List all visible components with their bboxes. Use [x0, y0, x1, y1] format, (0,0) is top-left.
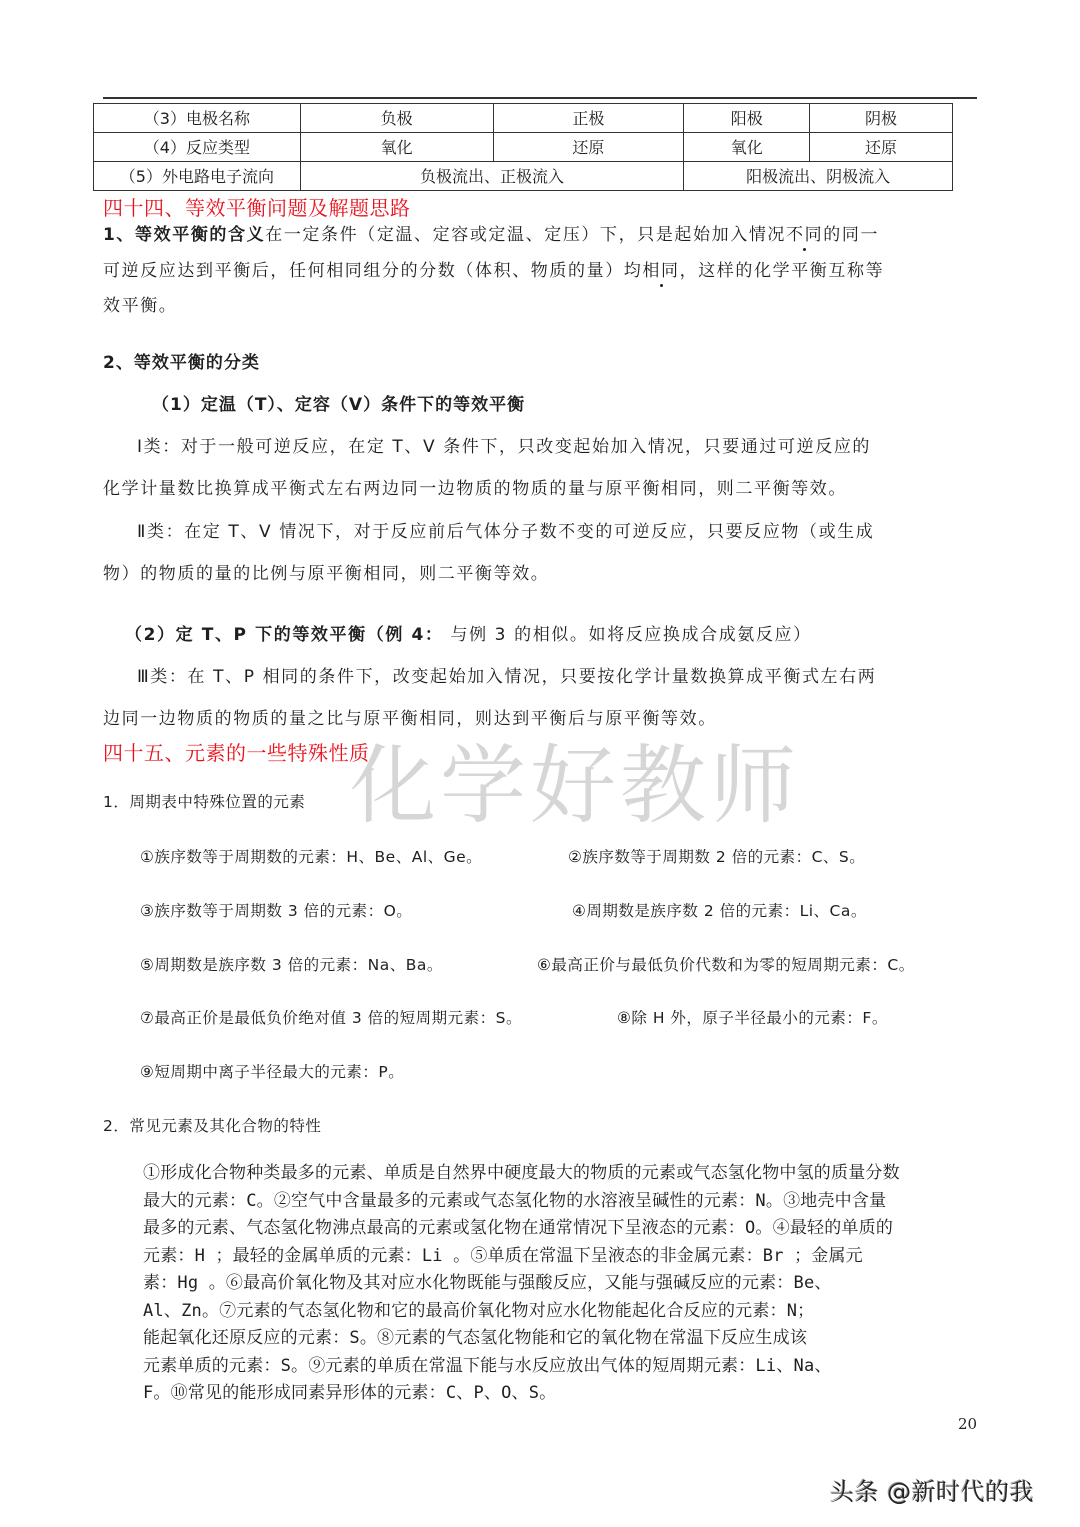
table-cell: （5）外电路电子流向 — [94, 162, 301, 191]
table-cell: 负极流出、正极流入 — [300, 162, 684, 191]
table-cell: （4）反应类型 — [94, 133, 301, 162]
paragraph-line: 能起氧化还原反应的元素：S。⑧元素的气态氢化物能和它的氧化物在常温下反应生成该 — [143, 1325, 983, 1353]
list-item: ⑧除 H 外，原子半径最小的元素：F。 — [617, 1006, 888, 1028]
table-row: （5）外电路电子流向 负极流出、正极流入 阳极流出、阴极流入 — [94, 162, 953, 191]
table-cell: 还原 — [493, 133, 684, 162]
class-1-line-1: Ⅰ类：对于一般可逆反应，在定 T、V 条件下，只改变起始加入情况，只要通过可逆反… — [137, 432, 871, 457]
table-cell: 负极 — [300, 104, 493, 133]
subheading-tv: （1）定温（T）、定容（V）条件下的等效平衡 — [152, 390, 525, 415]
list-item: ⑤周期数是族序数 3 倍的元素：Na、Ba。 — [140, 953, 443, 975]
list-item: ⑥最高正价与最低负价代数和为零的短周期元素：C。 — [537, 953, 915, 975]
table-cell: 正极 — [493, 104, 684, 133]
definition-text: 可逆反应达到平衡后，任何相同组分的分数（体积、物质的量）均 — [103, 261, 642, 281]
list-item: ①族序数等于周期数的元素：H、Be、Al、Ge。 — [140, 845, 482, 867]
emphasis-text: 不同 — [786, 225, 823, 245]
emphasis-text: 相同 — [642, 261, 679, 281]
document-page: 化学好教师 （3）电极名称 负极 正极 阳极 阴极 （4）反应类型 氧化 还原 … — [0, 0, 1080, 1527]
table-cell: 阳极流出、阴极流入 — [684, 162, 953, 191]
paragraph-line: 最大的元素：C。②空气中含量最多的元素或气态氢化物的水溶液呈碱性的元素：N。③地… — [143, 1188, 983, 1216]
list-item: ⑨短周期中离子半径最大的元素：P。 — [140, 1060, 404, 1082]
subheading-tp-bold: （2）定 T、P 下的等效平衡（例 4： — [125, 625, 443, 645]
table-row: （3）电极名称 负极 正极 阳极 阴极 — [94, 104, 953, 133]
class-2-line-1: Ⅱ类：在定 T、V 情况下，对于反应前后气体分子数不变的可逆反应，只要反应物（或… — [137, 517, 874, 542]
list-item: ②族序数等于周期数 2 倍的元素：C、S。 — [568, 845, 865, 867]
definition-text: ，这样的化学平衡互称等 — [680, 261, 885, 281]
source-brand-label: 头条 @新时代的我 — [830, 1472, 1034, 1507]
classification-heading: 2、等效平衡的分类 — [103, 348, 260, 373]
class-2-line-2: 物）的物质的量的比例与原平衡相同，则二平衡等效。 — [103, 559, 549, 584]
definition-label: 1、等效平衡的含义 — [103, 225, 265, 245]
class-3-line-2: 边同一边物质的物质的量之比与原平衡相同，则达到平衡后与原平衡等效。 — [103, 704, 717, 729]
list-item: ④周期数是族序数 2 倍的元素：Li、Ca。 — [572, 899, 867, 921]
subheading-tp-note: 与例 3 的相似。如将反应换成合成氨反应） — [443, 625, 811, 645]
electrode-table: （3）电极名称 负极 正极 阳极 阴极 （4）反应类型 氧化 还原 氧化 还原 … — [93, 103, 953, 191]
paragraph-line: 素：Hg 。⑥最高价氧化物及其对应水化物既能与强酸反应，又能与强碱反应的元素：B… — [143, 1270, 983, 1298]
paragraph-line: 元素：H ；最轻的金属单质的元素：Li 。⑤单质在常温下呈液态的非金属元素：Br… — [143, 1243, 983, 1271]
watermark: 化学好教师 — [350, 716, 800, 840]
paragraph-line: 最多的元素、气态氢化物沸点最高的元素或氢化物在通常情况下呈液态的元素：O。④最轻… — [143, 1215, 983, 1243]
table-cell: 还原 — [810, 133, 953, 162]
table-cell: 氧化 — [684, 133, 810, 162]
properties-paragraph: ①形成化合物种类最多的元素、单质是自然界中硬度最大的物质的元素或气态氢化物中氢的… — [143, 1160, 983, 1408]
section-44-heading: 四十四、等效平衡问题及解题思路 — [103, 192, 411, 221]
paragraph-line: F。⑩常见的能形成同素异形体的元素：C、P、O、S。 — [143, 1380, 983, 1408]
subheading-properties: 2．常见元素及其化合物的特性 — [103, 1114, 321, 1136]
table-cell: 氧化 — [300, 133, 493, 162]
table-cell: 阳极 — [684, 104, 810, 133]
definition-text: 的同一 — [823, 225, 879, 245]
page-number: 20 — [958, 1415, 977, 1433]
class-3-line-1: Ⅲ类：在 T、P 相同的条件下，改变起始加入情况，只要按化学计量数换算成平衡式左… — [137, 662, 876, 687]
definition-line-1: 1、等效平衡的含义在一定条件（定温、定容或定温、定压）下，只是起始加入情况不同的… — [103, 220, 879, 245]
section-45-heading: 四十五、元素的一些特殊性质 — [103, 737, 370, 766]
list-item: ⑦最高正价是最低负价绝对值 3 倍的短周期元素：S。 — [140, 1006, 522, 1028]
definition-line-3: 效平衡。 — [103, 291, 177, 316]
class-1-line-2: 化学计量数比换算成平衡式左右两边同一边物质的物质的量与原平衡相同，则二平衡等效。 — [103, 474, 847, 499]
paragraph-line: 元素单质的元素：S。⑨元素的单质在常温下能与水反应放出气体的短周期元素：Li、N… — [143, 1353, 983, 1381]
definition-line-2: 可逆反应达到平衡后，任何相同组分的分数（体积、物质的量）均相同，这样的化学平衡互… — [103, 256, 884, 281]
paragraph-line: Al、Zn。⑦元素的气态氢化物和它的最高价氧化物对应水化物能起化合反应的元素：N… — [143, 1298, 983, 1326]
table-cell: 阴极 — [810, 104, 953, 133]
header-rule — [103, 97, 977, 99]
paragraph-line: ①形成化合物种类最多的元素、单质是自然界中硬度最大的物质的元素或气态氢化物中氢的… — [143, 1160, 983, 1188]
list-item: ③族序数等于周期数 3 倍的元素：O。 — [140, 899, 412, 921]
definition-text: 在一定条件（定温、定容或定温、定压）下，只是起始加入情况 — [265, 225, 786, 245]
subheading-periodic: 1．周期表中特殊位置的元素 — [103, 790, 305, 812]
table-row: （4）反应类型 氧化 还原 氧化 还原 — [94, 133, 953, 162]
table-cell: （3）电极名称 — [94, 104, 301, 133]
subheading-tp: （2）定 T、P 下的等效平衡（例 4： 与例 3 的相似。如将反应换成合成氨反… — [125, 620, 812, 645]
